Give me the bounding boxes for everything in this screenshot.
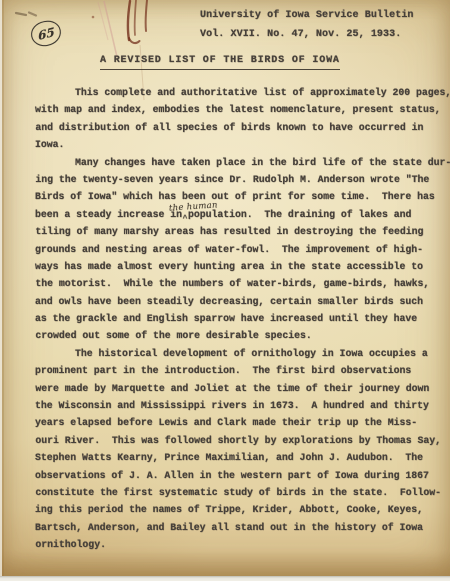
- body-line: the Wisconsin and Mississippi rivers in …: [35, 397, 447, 414]
- typed-text: population. The draining of lakes and: [188, 209, 411, 220]
- body-line: Iowa.: [35, 136, 447, 153]
- body-line: ing this period the names of Trippe, Kri…: [35, 501, 447, 518]
- body-line: years elapsed before Lewis and Clark mad…: [35, 414, 447, 431]
- handwritten-insertion: the human: [168, 197, 218, 218]
- body-line: ouri River. This was followed shortly by…: [35, 432, 447, 449]
- body-line: ornithology.: [35, 536, 447, 553]
- body-line: were made by Marquette and Joliet at the…: [35, 380, 447, 397]
- typed-text: been a steady increase in: [35, 209, 182, 220]
- scanned-page: 65 University of Iowa Service Bulletin V…: [0, 0, 450, 576]
- body-line: Birds of Iowa" which has been out of pri…: [35, 188, 447, 205]
- document-scan: 65 University of Iowa Service Bulletin V…: [0, 0, 450, 581]
- document-body: This complete and authoritative list of …: [35, 84, 447, 554]
- bulletin-issue-line: Vol. XVII. No. 47, Nov. 25, 1933.: [200, 29, 401, 40]
- body-line: and owls have been steadily decreasing, …: [35, 293, 447, 310]
- body-line: constitute the first systematic study of…: [35, 484, 447, 501]
- body-line-with-insertion: been a steady increase in^the humanpopul…: [35, 206, 447, 223]
- page-number-stamp: 65: [29, 19, 63, 49]
- body-line: grounds and nesting areas of water-fowl.…: [35, 241, 447, 258]
- body-line: The historical development of ornitholog…: [35, 345, 447, 362]
- body-line: Stephen Watts Kearny, Prince Maximilian,…: [35, 449, 447, 466]
- page-number: 65: [37, 24, 54, 42]
- bulletin-title: University of Iowa Service Bulletin: [200, 10, 414, 21]
- body-line: and distribution of all species of birds…: [35, 119, 447, 136]
- body-line: with map and index, embodies the latest …: [35, 101, 447, 118]
- body-line: This complete and authoritative list of …: [35, 84, 447, 101]
- body-line: the motorist. While the numbers of water…: [35, 275, 447, 292]
- body-line: ing the twenty-seven years since Dr. Rud…: [35, 171, 447, 188]
- document-title: A REVISED LIST OF THE BIRDS OF IOWA: [100, 55, 340, 70]
- scanner-bed-strip: [0, 576, 450, 581]
- body-line: ways has made almost every hunting area …: [35, 258, 447, 275]
- body-line: Many changes have taken place in the bir…: [35, 154, 447, 171]
- body-line: tiling of many marshy areas has resulted…: [35, 223, 447, 240]
- insertion-point: ^the human: [182, 206, 188, 224]
- body-line: crowded out some of the more desirable s…: [35, 327, 447, 344]
- body-line: observations of J. A. Allen in the weste…: [35, 467, 447, 484]
- body-line: as the grackle and English sparrow have …: [35, 310, 447, 327]
- body-line: prominent part in the introduction. The …: [35, 362, 447, 379]
- body-line: Bartsch, Anderson, and Bailey all stand …: [35, 519, 447, 536]
